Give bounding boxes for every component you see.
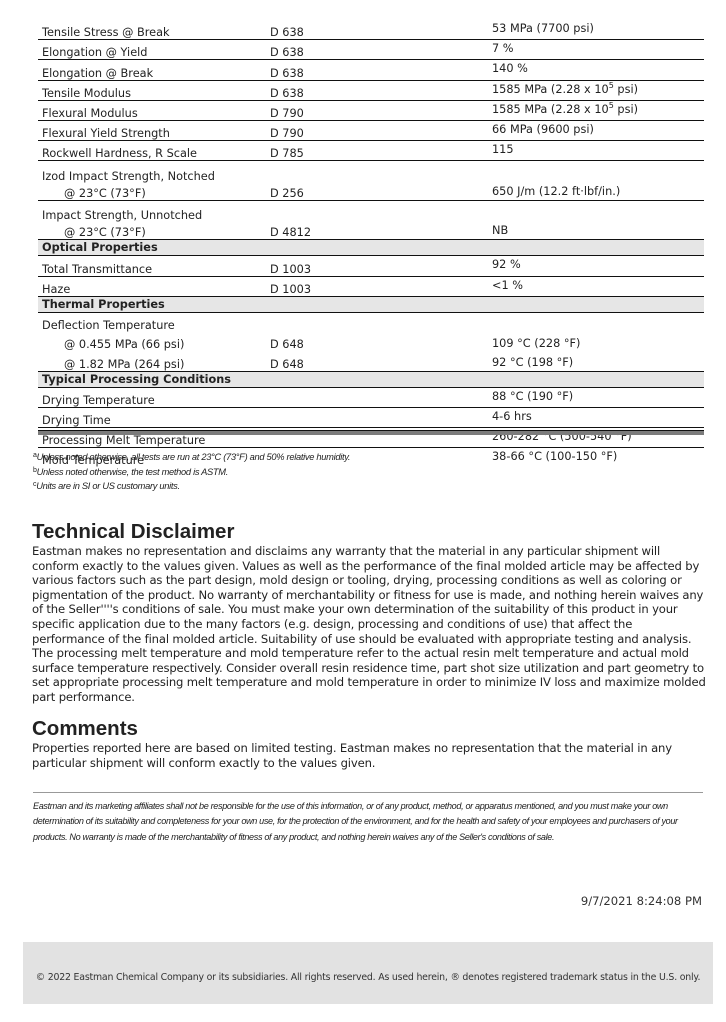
table-row: @ 0.455 MPa (66 psi) D 648 109 °C (228 °…	[38, 332, 704, 351]
legal-notice: Eastman and its marketing affiliates sha…	[33, 799, 713, 845]
footnote-text: Unless noted otherwise, all tests are ru…	[37, 452, 351, 462]
disclaimer-heading: Technical Disclaimer	[32, 520, 234, 544]
comments-body: Properties reported here are based on li…	[32, 741, 708, 770]
table-row: Drying Temperature 88 °C (190 °F)	[38, 387, 704, 407]
value-text: psi)	[614, 103, 638, 116]
property-label: Impact Strength, Unnotched	[42, 209, 266, 222]
footnote-a: aUnless noted otherwise, all tests are r…	[33, 450, 350, 465]
property-value: 109 °C (228 °F)	[488, 332, 704, 351]
table-row: Flexural Modulus D 790 1585 MPa (2.28 x …	[38, 100, 704, 120]
property-value: 650 J/m (12.2 ft·lbf/in.)	[488, 161, 704, 201]
table-row: Rockwell Hardness, R Scale D 785 115	[38, 141, 704, 161]
property-condition: @ 0.455 MPa (66 psi)	[42, 338, 266, 351]
footnote-text: Unless noted otherwise, the test method …	[37, 467, 228, 477]
test-method	[266, 387, 488, 407]
property-name: Elongation @ Yield	[38, 40, 266, 60]
value-text: 1585 MPa (2.28 x 10	[492, 83, 609, 96]
property-value: 88 °C (190 °F)	[488, 387, 704, 407]
property-name: Haze	[38, 276, 266, 296]
property-name: Elongation @ Break	[38, 60, 266, 80]
property-name: Flexural Yield Strength	[38, 120, 266, 140]
table-bottom-rule	[38, 430, 704, 435]
divider	[33, 792, 703, 793]
test-method: D 1003	[266, 276, 488, 296]
section-title: Typical Processing Conditions	[38, 371, 704, 387]
print-timestamp: 9/7/2021 8:24:08 PM	[581, 894, 702, 908]
test-method	[266, 407, 488, 427]
property-value: NB	[488, 200, 704, 240]
property-name: Impact Strength, Unnotched @ 23°C (73°F)	[38, 200, 266, 240]
property-group-label: Deflection Temperature	[38, 312, 266, 332]
comments-heading: Comments	[32, 717, 138, 741]
value-text: psi)	[614, 83, 638, 96]
footnote-c: cUnits are in SI or US customary units.	[33, 479, 350, 494]
test-method: D 638	[266, 80, 488, 100]
test-method: D 785	[266, 141, 488, 161]
property-condition: @ 23°C (73°F)	[42, 226, 266, 239]
footnote-text: Units are in SI or US customary units.	[36, 481, 180, 491]
property-name: Flexural Modulus	[38, 100, 266, 120]
property-value: 53 MPa (7700 psi)	[488, 20, 704, 40]
table-row: Tensile Stress @ Break D 638 53 MPa (770…	[38, 20, 704, 40]
property-value: 115	[488, 141, 704, 161]
property-name: Total Transmittance	[38, 256, 266, 276]
table-row: @ 1.82 MPa (264 psi) D 648 92 °C (198 °F…	[38, 351, 704, 372]
section-title: Thermal Properties	[38, 296, 704, 312]
footer: © 2022 Eastman Chemical Company or its s…	[23, 942, 713, 1004]
property-condition: @ 23°C (73°F)	[42, 187, 266, 200]
table-row: Total Transmittance D 1003 92 %	[38, 256, 704, 276]
disclaimer-body: Eastman makes no representation and disc…	[32, 544, 708, 705]
test-method: D 4812	[266, 200, 488, 240]
empty-cell	[488, 312, 704, 332]
table-row-group-label: Deflection Temperature	[38, 312, 704, 332]
property-name: @ 1.82 MPa (264 psi)	[38, 351, 266, 372]
test-method: D 638	[266, 20, 488, 40]
section-title: Optical Properties	[38, 240, 704, 256]
property-value: 92 %	[488, 256, 704, 276]
property-label: Izod Impact Strength, Notched	[42, 170, 266, 183]
section-header-processing: Typical Processing Conditions	[38, 371, 704, 387]
section-header-optical: Optical Properties	[38, 240, 704, 256]
property-value: 7 %	[488, 40, 704, 60]
property-value: 4-6 hrs	[488, 407, 704, 427]
table-row: Elongation @ Yield D 638 7 %	[38, 40, 704, 60]
footnote-b: bUnless noted otherwise, the test method…	[33, 465, 350, 480]
property-value: 66 MPa (9600 psi)	[488, 120, 704, 140]
test-method: D 790	[266, 100, 488, 120]
property-value: 140 %	[488, 60, 704, 80]
property-name: Izod Impact Strength, Notched @ 23°C (73…	[38, 161, 266, 201]
property-condition: @ 1.82 MPa (264 psi)	[42, 358, 266, 371]
table-row: Izod Impact Strength, Notched @ 23°C (73…	[38, 161, 704, 201]
property-name: Tensile Modulus	[38, 80, 266, 100]
empty-cell	[266, 312, 488, 332]
test-method: D 638	[266, 60, 488, 80]
properties-table: Tensile Stress @ Break D 638 53 MPa (770…	[38, 20, 704, 467]
copyright-notice: © 2022 Eastman Chemical Company or its s…	[23, 972, 713, 985]
property-name: Rockwell Hardness, R Scale	[38, 141, 266, 161]
table-row: Elongation @ Break D 638 140 %	[38, 60, 704, 80]
value-text: 1585 MPa (2.28 x 10	[492, 103, 609, 116]
test-method: D 256	[266, 161, 488, 201]
test-method: D 648	[266, 351, 488, 372]
property-value: 1585 MPa (2.28 x 105 psi)	[488, 80, 704, 100]
footnotes: aUnless noted otherwise, all tests are r…	[33, 450, 350, 494]
property-value: 1585 MPa (2.28 x 105 psi)	[488, 100, 704, 120]
table-row: Haze D 1003 <1 %	[38, 276, 704, 296]
property-name: @ 0.455 MPa (66 psi)	[38, 332, 266, 351]
property-value: <1 %	[488, 276, 704, 296]
table-row: Drying Time 4-6 hrs	[38, 407, 704, 427]
property-name: Tensile Stress @ Break	[38, 20, 266, 40]
property-name: Drying Temperature	[38, 387, 266, 407]
test-method: D 790	[266, 120, 488, 140]
section-header-thermal: Thermal Properties	[38, 296, 704, 312]
test-method: D 1003	[266, 256, 488, 276]
test-method: D 648	[266, 332, 488, 351]
table-row: Tensile Modulus D 638 1585 MPa (2.28 x 1…	[38, 80, 704, 100]
property-value: 92 °C (198 °F)	[488, 351, 704, 372]
property-value: 38-66 °C (100-150 °F)	[488, 448, 704, 468]
table-row: Impact Strength, Unnotched @ 23°C (73°F)…	[38, 200, 704, 240]
property-name: Drying Time	[38, 407, 266, 427]
table-row: Flexural Yield Strength D 790 66 MPa (96…	[38, 120, 704, 140]
test-method: D 638	[266, 40, 488, 60]
